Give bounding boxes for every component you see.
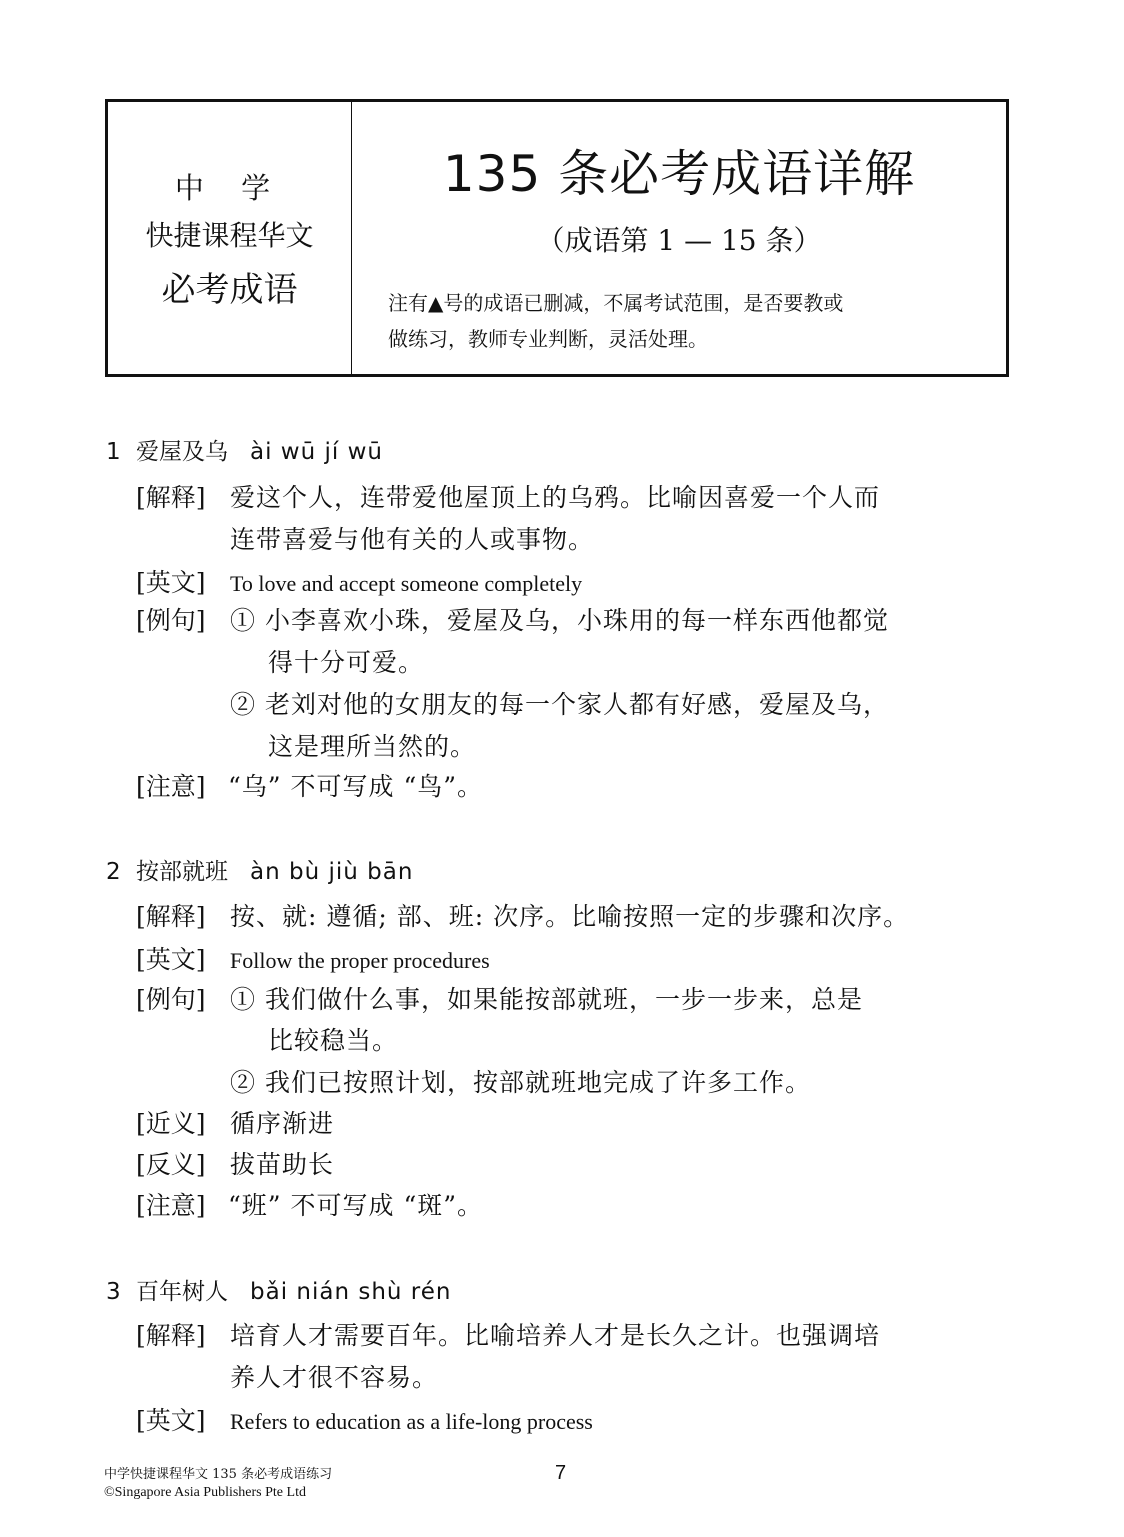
idiom-pinyin: àn bù jiù bān (250, 859, 413, 885)
example-text: ② 老刘对他的女朋友的每一个家人都有好感，爱屋及乌， (230, 685, 889, 721)
page-title: 135 条必考成语详解 (352, 134, 1006, 206)
english-text: Refers to education as a life-long proce… (230, 1409, 593, 1434)
english-text: To love and accept someone completely (230, 571, 582, 596)
example-text: ① 小李喜欢小珠，爱屋及乌，小珠用的每一样东西他都觉 (230, 606, 889, 635)
note-tag: [注意] (136, 1186, 228, 1222)
page-number: 7 (555, 1462, 566, 1485)
explain-tag: [解释] (136, 897, 230, 933)
idiom-pinyin: ài wū jí wū (250, 439, 383, 465)
course-label: 快捷课程华文 (108, 214, 351, 254)
explain-text: 按、就: 遵循; 部、班: 次序。比喻按照一定的步骤和次序。 (230, 902, 909, 931)
book-title: 中学快捷课程华文 135 条必考成语练习 (104, 1466, 332, 1484)
english-tag: [英文] (136, 1401, 230, 1437)
idiom-pinyin: bǎi nián shù rén (250, 1279, 451, 1305)
note-row: [注意]“乌” 不可写成 “鸟”。 (136, 767, 483, 803)
idiom-text: 爱屋及乌 (136, 439, 228, 465)
title-box-left: 中 学 快捷课程华文 必考成语 (108, 102, 352, 374)
idiom-number: 1 (106, 439, 136, 465)
example-tag: [例句] (136, 601, 230, 637)
english-row: [英文]Refers to education as a life-long p… (136, 1401, 593, 1437)
idiom-heading: 1爱屋及乌ài wū jí wū (106, 433, 383, 466)
explain-row: [解释]按、就: 遵循; 部、班: 次序。比喻按照一定的步骤和次序。 (136, 897, 909, 933)
idiom-text: 按部就班 (136, 859, 228, 885)
note-text: “班” 不可写成 “斑”。 (228, 1191, 483, 1220)
explain-tag: [解释] (136, 1316, 230, 1352)
english-row: [英文]Follow the proper procedures (136, 940, 490, 976)
english-text: Follow the proper procedures (230, 948, 490, 973)
example-text: ① 我们做什么事，如果能按部就班，一步一步来，总是 (230, 985, 863, 1014)
note-tag: [注意] (136, 767, 228, 803)
page-subtitle: （成语第 1 — 15 条） (352, 219, 1006, 259)
idiom-number: 2 (106, 859, 136, 885)
example-continued: 这是理所当然的。 (268, 727, 476, 763)
explain-row: [解释]爱这个人，连带爱他屋顶上的乌鸦。比喻因喜爱一个人而 (136, 478, 880, 514)
example-tag: [例句] (136, 980, 230, 1016)
explain-text: 培育人才需要百年。比喻培养人才是长久之计。也强调培 (230, 1321, 880, 1350)
example-row: [例句]① 小李喜欢小珠，爱屋及乌，小珠用的每一样东西他都觉 (136, 601, 889, 637)
synonym-row: [近义]循序渐进 (136, 1104, 334, 1140)
example-row: [例句]① 我们做什么事，如果能按部就班，一步一步来，总是 (136, 980, 863, 1016)
idiom-number: 3 (106, 1279, 136, 1305)
deletion-note: 注有▲号的成语已删减，不属考试范围，是否要教或 做练习，教师专业判断，灵活处理。 (388, 285, 986, 357)
section-label: 必考成语 (108, 262, 351, 311)
antonym-tag: [反义] (136, 1145, 230, 1181)
synonym-tag: [近义] (136, 1104, 230, 1140)
copyright: ©Singapore Asia Publishers Pte Ltd (104, 1484, 332, 1502)
title-box: 中 学 快捷课程华文 必考成语 135 条必考成语详解 （成语第 1 — 15 … (105, 99, 1009, 377)
synonym-text: 循序渐进 (230, 1109, 334, 1138)
explain-text: 爱这个人，连带爱他屋顶上的乌鸦。比喻因喜爱一个人而 (230, 483, 880, 512)
explain-row: [解释]培育人才需要百年。比喻培养人才是长久之计。也强调培 (136, 1316, 880, 1352)
note-text: “乌” 不可写成 “鸟”。 (228, 772, 483, 801)
deletion-note-line: 注有▲号的成语已删减，不属考试范围，是否要教或 (388, 285, 986, 321)
idiom-text: 百年树人 (136, 1279, 228, 1305)
deletion-note-line: 做练习，教师专业判断，灵活处理。 (388, 321, 986, 357)
example-text: ② 我们已按照计划，按部就班地完成了许多工作。 (230, 1063, 811, 1099)
antonym-row: [反义]拔苗助长 (136, 1145, 334, 1181)
idiom-heading: 3百年树人bǎi nián shù rén (106, 1273, 451, 1306)
level-label: 中 学 (108, 166, 351, 207)
english-tag: [英文] (136, 563, 230, 599)
example-continued: 比较稳当。 (268, 1021, 398, 1057)
title-box-right: 135 条必考成语详解 （成语第 1 — 15 条） 注有▲号的成语已删减，不属… (352, 102, 1006, 374)
english-row: [英文]To love and accept someone completel… (136, 563, 582, 599)
idiom-heading: 2按部就班àn bù jiù bān (106, 853, 413, 886)
antonym-text: 拔苗助长 (230, 1150, 334, 1179)
note-row: [注意]“班” 不可写成 “斑”。 (136, 1186, 483, 1222)
page-footer: 中学快捷课程华文 135 条必考成语练习 ©Singapore Asia Pub… (104, 1466, 332, 1502)
explain-continued: 连带喜爱与他有关的人或事物。 (230, 520, 594, 556)
english-tag: [英文] (136, 940, 230, 976)
explain-continued: 养人才很不容易。 (230, 1358, 438, 1394)
example-continued: 得十分可爱。 (268, 643, 424, 679)
explain-tag: [解释] (136, 478, 230, 514)
